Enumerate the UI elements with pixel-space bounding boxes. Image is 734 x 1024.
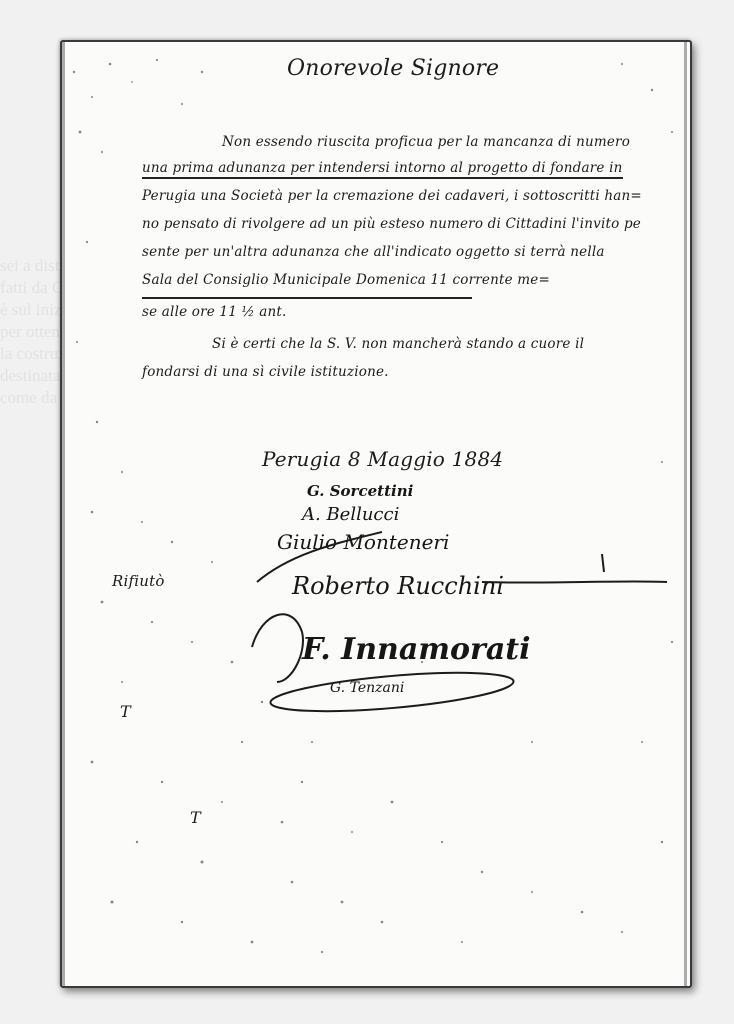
margin-note: Rifiutò bbox=[112, 572, 165, 590]
signature-flourishes bbox=[62, 42, 690, 986]
margin-mark: T bbox=[120, 702, 131, 721]
margin-mark: T bbox=[190, 808, 201, 827]
letter-document: Onorevole Signore Non essendo riuscita p… bbox=[60, 40, 692, 988]
